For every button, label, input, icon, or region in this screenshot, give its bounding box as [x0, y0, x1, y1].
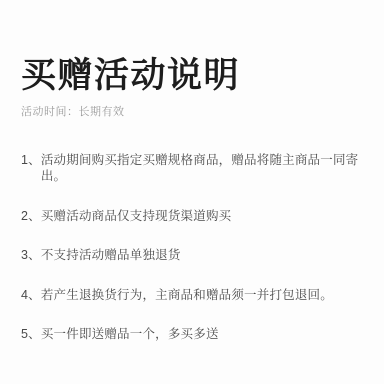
promo-notice-page: 买赠活动说明 活动时间：长期有效 1、 活动期间购买指定买赠规格商品，赠品将随主…: [0, 0, 384, 384]
rule-number: 3、: [21, 248, 41, 264]
rule-item-3: 3、 不支持活动赠品单独退货: [21, 248, 366, 264]
rule-text: 若产生退换货行为，主商品和赠品须一并打包退回。: [41, 288, 366, 304]
rule-number: 1、: [21, 153, 41, 169]
rule-number: 2、: [21, 209, 41, 225]
page-title: 买赠活动说明: [21, 56, 366, 96]
rule-text: 买赠活动商品仅支持现货渠道购买: [41, 209, 366, 225]
rules-list: 1、 活动期间购买指定买赠规格商品，赠品将随主商品一同寄出。 2、 买赠活动商品…: [21, 153, 366, 343]
rule-number: 4、: [21, 288, 41, 304]
rule-text: 活动期间购买指定买赠规格商品，赠品将随主商品一同寄出。: [41, 153, 366, 184]
rule-item-1: 1、 活动期间购买指定买赠规格商品，赠品将随主商品一同寄出。: [21, 153, 366, 184]
rule-item-4: 4、 若产生退换货行为，主商品和赠品须一并打包退回。: [21, 288, 366, 304]
rule-item-2: 2、 买赠活动商品仅支持现货渠道购买: [21, 209, 366, 225]
activity-time-label: 活动时间：长期有效: [21, 103, 366, 119]
rule-text: 买一件即送赠品一个，多买多送: [41, 327, 366, 343]
rule-item-5: 5、 买一件即送赠品一个，多买多送: [21, 327, 366, 343]
rule-number: 5、: [21, 327, 41, 343]
rule-text: 不支持活动赠品单独退货: [41, 248, 366, 264]
